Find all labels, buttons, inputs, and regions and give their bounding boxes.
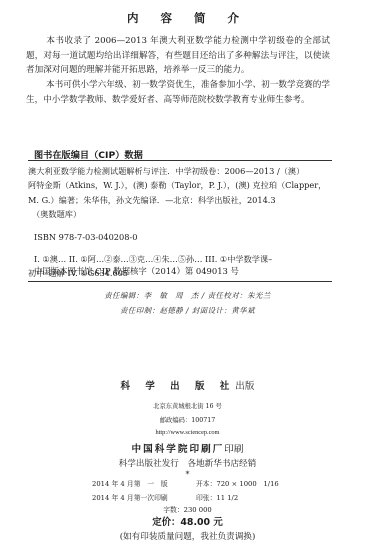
publisher-postal-code: 邮政编码：100717 xyxy=(0,415,375,424)
publisher-logo-text: 科 学 出 版 社 xyxy=(121,381,236,392)
printer-suffix: 印刷 xyxy=(224,444,243,455)
cip-bottom-rule xyxy=(28,281,332,282)
printing-row: 2014 年 4 月第一次印刷 印张：11 1/2 xyxy=(92,492,168,502)
cip-line: 阿特金斯（Atkins，W. J.），(澳) 泰勒（Taylor，P. J.），… xyxy=(28,178,332,192)
word-count: 字数：230 000 xyxy=(0,504,375,514)
edition: 2014 年 4 月第 一 版 xyxy=(92,480,168,488)
summary-text-2: 本书可供小学六年级、初一数学资优生，准备参加小学、初一数学竞赛的学生，中小学数学… xyxy=(26,80,330,105)
quality-notice: (如有印装质量问题，我社负责调换) xyxy=(0,530,375,542)
edition-row: 2014 年 4 月第 一 版 开本：720 × 1000 1/16 xyxy=(92,478,168,488)
format: 开本：720 × 1000 1/16 xyxy=(196,478,279,488)
summary-paragraph-1: 本书收录了 2006—2013 年澳大利亚数学能力检测中学初级卷的全部试题，对每… xyxy=(26,34,330,78)
cip-heading: 图书在版编目（CIP）数据 xyxy=(34,147,143,161)
printer: 中国科学院印刷厂印刷 xyxy=(0,441,375,455)
publisher-name: 科 学 出 版 社出版 xyxy=(0,378,375,392)
page-title: 内 容 简 介 xyxy=(0,10,375,26)
summary-paragraph-2: 本书可供小学六年级、初一数学资优生，准备参加小学、初一数学竞赛的学生，中小学数学… xyxy=(26,78,330,107)
publisher-suffix: 出版 xyxy=(235,381,254,392)
distribution: 科学出版社发行 各地新华书店经销 xyxy=(0,457,375,469)
cip-body: 澳大利亚数学能力检测试题解析与评注．中学初级卷：2006—2013 /（澳） 阿… xyxy=(28,164,332,281)
printing: 2014 年 4 月第一次印刷 xyxy=(92,494,168,502)
summary-text-1: 本书收录了 2006—2013 年澳大利亚数学能力检测中学初级卷的全部试题，对每… xyxy=(26,36,330,75)
price: 定价：48.00 元 xyxy=(0,514,375,528)
cip-line: 澳大利亚数学能力检测试题解析与评注．中学初级卷：2006—2013 /（澳） xyxy=(28,164,332,178)
sheets: 印张：11 1/2 xyxy=(196,492,238,502)
spacer xyxy=(28,222,332,230)
isbn: ISBN 978-7-03-040208-0 xyxy=(28,230,332,244)
cip-line: M. G.）编著；朱华伟，孙文先编译．—北京：科学出版社，2014.3 xyxy=(28,193,332,207)
printer-name: 中国科学院印刷厂 xyxy=(132,444,225,455)
credits-production: 责任印制：赵德静 / 封面设计：黄华斌 xyxy=(0,304,375,319)
publisher-address: 北京东黄城根北街 16 号 xyxy=(0,401,375,410)
publisher-url: http://www.sciencep.com xyxy=(0,429,375,436)
cip-top-rule xyxy=(28,160,332,161)
spacer xyxy=(28,244,332,252)
credits-editors: 责任编辑：李 敏 周 杰 / 责任校对：朱光兰 xyxy=(0,289,375,304)
library-cip-number: 中国版本图书馆 CIP 数据核字（2014）第 049013 号 xyxy=(34,265,239,277)
separator-star: * xyxy=(0,470,375,479)
cip-line: （奥数题库） xyxy=(28,207,332,221)
credits: 责任编辑：李 敏 周 杰 / 责任校对：朱光兰 责任印制：赵德静 / 封面设计：… xyxy=(0,289,375,318)
